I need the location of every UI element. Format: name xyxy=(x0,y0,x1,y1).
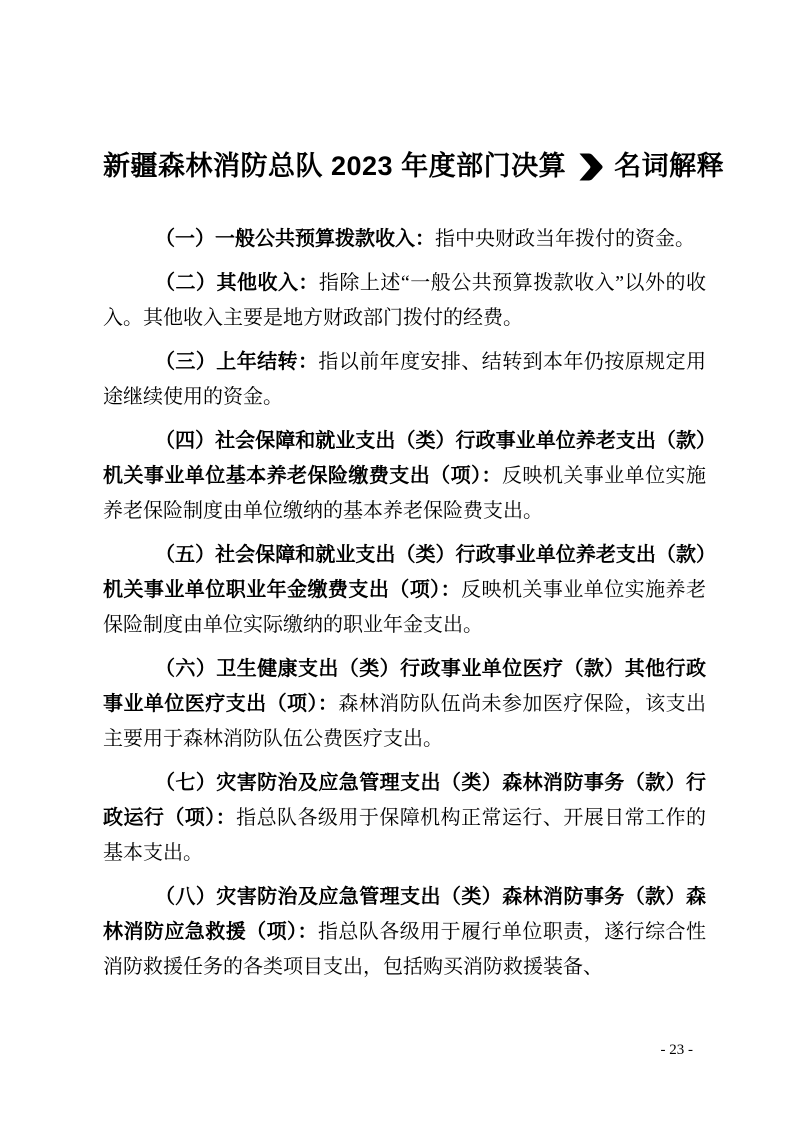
glossary-paragraph-1: （一）一般公共预算拨款收入：指中央财政当年拨付的资金。 xyxy=(103,222,706,257)
title-text-left: 新疆森林消防总队 2023 年度部门决算 xyxy=(103,148,566,185)
glossary-paragraph-4: （四）社会保障和就业支出（类）行政事业单位养老支出（款）机关事业单位基本养老保险… xyxy=(103,424,706,529)
glossary-paragraph-8: （八）灾害防治及应急管理支出（类）森林消防事务（款）森林消防应急救援（项）：指总… xyxy=(103,880,706,985)
chevron-right-icon xyxy=(578,152,604,182)
term-label: （三）上年结转： xyxy=(155,351,318,373)
term-label: （二）其他收入： xyxy=(155,272,319,294)
glossary-paragraph-7: （七）灾害防治及应急管理支出（类）森林消防事务（款）行政运行（项）：指总队各级用… xyxy=(103,766,706,871)
document-page: 新疆森林消防总队 2023 年度部门决算 名词解释 （一）一般公共预算拨款收入：… xyxy=(0,0,793,1122)
title-text-right: 名词解释 xyxy=(614,148,724,185)
glossary-paragraph-2: （二）其他收入：指除上述“一般公共预算拨款收入”以外的收入。其他收入主要是地方财… xyxy=(103,266,706,336)
page-title: 新疆森林消防总队 2023 年度部门决算 名词解释 xyxy=(103,148,706,185)
page-number: - 23 - xyxy=(661,1040,694,1060)
glossary-paragraph-3: （三）上年结转：指以前年度安排、结转到本年仍按原规定用途继续使用的资金。 xyxy=(103,345,706,415)
glossary-paragraph-5: （五）社会保障和就业支出（类）行政事业单位养老支出（款）机关事业单位职业年金缴费… xyxy=(103,538,706,643)
glossary-body: （一）一般公共预算拨款收入：指中央财政当年拨付的资金。 （二）其他收入：指除上述… xyxy=(103,222,706,985)
definition-text: 指中央财政当年拨付的资金。 xyxy=(435,228,695,250)
page-content: 新疆森林消防总队 2023 年度部门决算 名词解释 （一）一般公共预算拨款收入：… xyxy=(103,148,706,985)
glossary-paragraph-6: （六）卫生健康支出（类）行政事业单位医疗（款）其他行政事业单位医疗支出（项）：森… xyxy=(103,652,706,757)
term-label: （一）一般公共预算拨款收入： xyxy=(155,228,435,250)
